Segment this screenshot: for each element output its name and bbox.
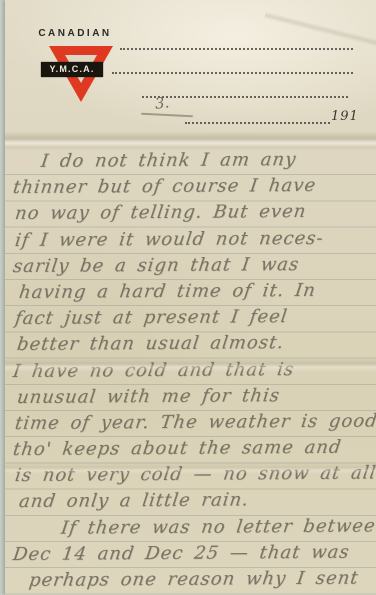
handwritten-line: perhaps one reason why I sent	[11, 565, 376, 594]
handwritten-line: If there was no letter between	[11, 513, 376, 542]
handwritten-line: unusual with me for this	[11, 382, 376, 411]
handwritten-line: no way of telling. But even	[11, 199, 376, 228]
scanned-letter-page: CANADIAN Y.M.C.A. 191 3. I do not think …	[5, 0, 376, 595]
letterhead-date-line	[185, 122, 330, 124]
handwritten-line: thinner but of course I have	[11, 173, 376, 202]
handwritten-line: better than usual almost.	[11, 330, 376, 359]
handwritten-line: Dec 14 and Dec 25 — that was	[11, 539, 376, 568]
letterhead-dotted-line	[112, 72, 353, 74]
paper-crease-diagonal	[264, 11, 376, 53]
handwritten-line: I have no cold and that is	[11, 356, 376, 385]
letterhead-org-name: CANADIAN	[35, 28, 115, 39]
handwritten-line: having a hard time of it. In	[11, 277, 376, 306]
handwritten-underline	[141, 113, 193, 118]
handwritten-letter-body: I do not think I am anythinner but of co…	[13, 149, 376, 594]
letterhead-dotted-line	[142, 96, 348, 98]
printed-year-prefix: 191	[331, 109, 359, 124]
handwritten-line: is not very cold — no snow at all,	[11, 461, 376, 490]
handwritten-line: I do not think I am any	[11, 146, 376, 175]
handwritten-line: if I were it would not neces-	[11, 225, 376, 254]
handwritten-line: sarily be a sign that I was	[11, 251, 376, 280]
handwritten-line: tho' keeps about the same and	[11, 435, 376, 464]
handwritten-page-number: 3.	[154, 93, 170, 112]
ymca-triangle-logo-icon: Y.M.C.A.	[47, 44, 113, 102]
letterhead-dotted-line	[120, 48, 353, 50]
handwritten-line: fact just at present I feel	[11, 304, 376, 333]
handwritten-line: and only a little rain.	[11, 487, 376, 516]
handwritten-line: time of year. The weather is good	[11, 408, 376, 437]
ymca-badge-label: Y.M.C.A.	[41, 62, 103, 77]
